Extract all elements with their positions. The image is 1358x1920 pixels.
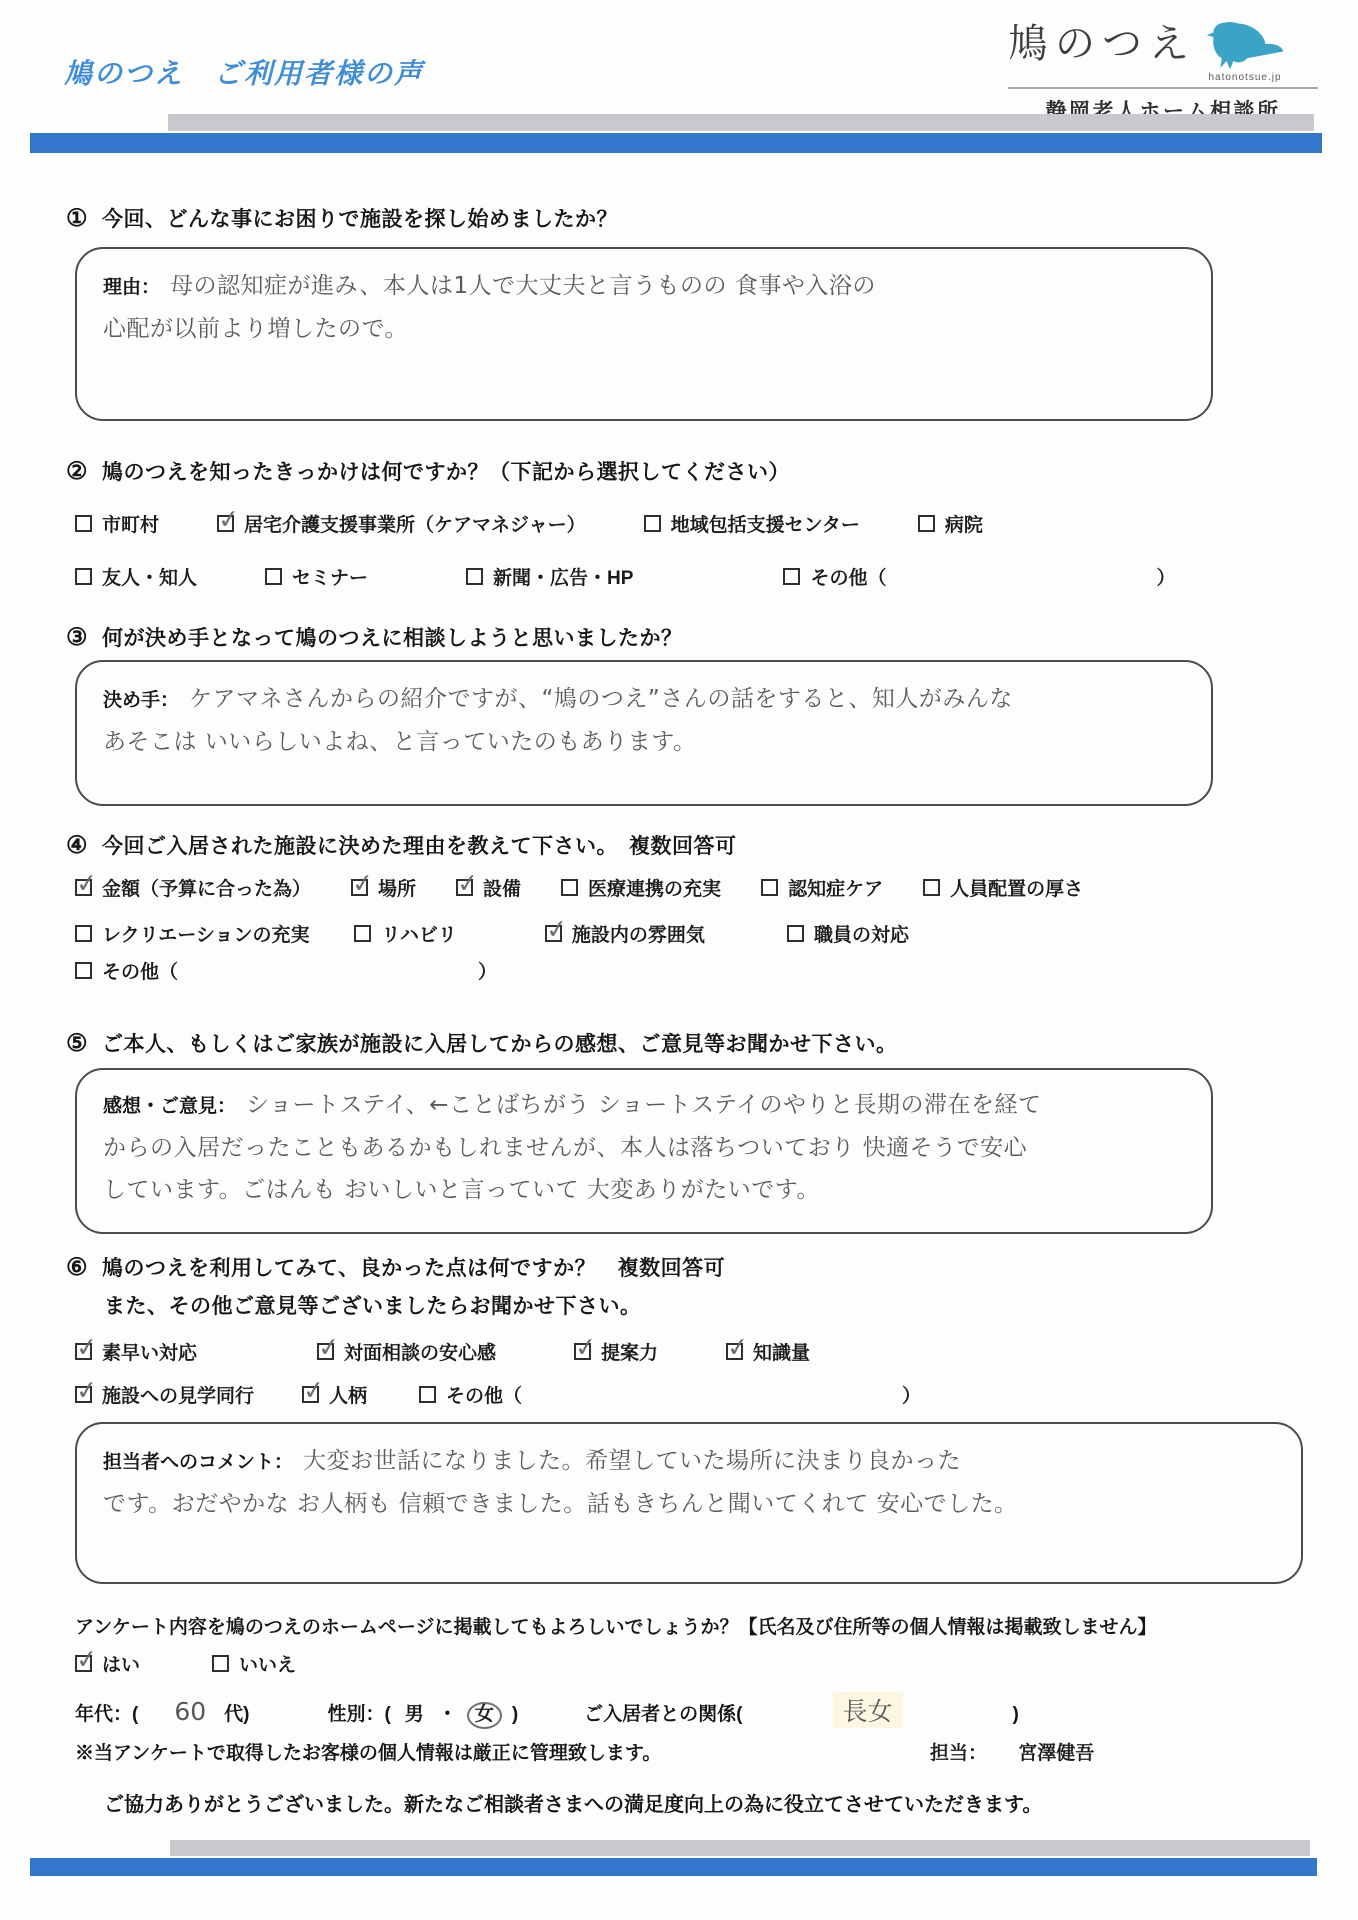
question-3-answer-box: 決め手： ケアマネさんからの紹介ですが、“鳩のつえ”さんの話をすると、知人がみん… [75, 660, 1213, 806]
option-location: 場所 [351, 874, 416, 901]
handwritten-answer-line: からの入居だったこともあるかもしれませんが、本人は落ちついており 快適そうで安心 [103, 1127, 1027, 1170]
question-6-options-row-1: 素早い対応 対面相談の安心感 提案力 知識量 [75, 1338, 810, 1365]
handwritten-comment-line: です。おだやかな お人柄も 信頼できました。話もきちんと聞いてくれて 安心でした… [103, 1483, 1018, 1526]
checkbox[interactable] [783, 568, 800, 585]
header-gray-band [168, 114, 1314, 131]
gender-close: ) [512, 1704, 518, 1726]
checkbox[interactable] [419, 1386, 436, 1403]
thank-you-note: ご協力ありがとうございました。新たなご相談者さまへの満足度向上の為に役立てさせて… [104, 1788, 1042, 1817]
checkbox[interactable] [217, 515, 234, 532]
option-recreation: レクリエーションの充実 [75, 920, 309, 947]
question-5-heading: ⑤ ご本人、もしくはご家族が施設に入居してからの感想、ご意見等お聞かせ下さい。 [66, 1028, 898, 1058]
question-2-title: 鳩のつえを知ったきっかけは何ですか？（下記から選択してください） [102, 456, 790, 486]
checkbox[interactable] [212, 1655, 229, 1672]
question-5-number: ⑤ [66, 1029, 88, 1058]
checkbox[interactable] [75, 515, 92, 532]
handwritten-answer-line: 母の認知症が進み、本人は1人で大丈夫と言うものの 食事や入浴の [170, 265, 876, 308]
option-other: その他（ ） [419, 1381, 921, 1408]
privacy-note: ※当アンケートで取得したお客様の個人情報は厳正に管理致します。 [75, 1738, 661, 1765]
question-2-options-row-2: 友人・知人 セミナー 新聞・広告・HP その他（ ） [75, 563, 1175, 590]
question-6-title-line-2: また、その他ご意見等ございましたらお聞かせ下さい。 [104, 1290, 642, 1320]
brand-logo: 鳩のつえ hatonotsue.jp 静岡老人ホーム相談所 [1008, 22, 1318, 125]
option-hospital: 病院 [918, 510, 983, 537]
question-4-options-row-3: その他（ ） [75, 957, 497, 984]
checkbox[interactable] [302, 1386, 319, 1403]
option-price: 金額（予算に合った為） [75, 874, 311, 901]
option-community-support-center: 地域包括支援センター [644, 510, 860, 537]
question-4-heading: ④ 今回ご入居された施設に決めた理由を教えて下さい。 複数回答可 [66, 830, 737, 860]
option-seminar: セミナー [265, 563, 368, 590]
checkbox[interactable] [726, 1343, 743, 1360]
question-1-answer-box: 理由： 母の認知症が進み、本人は1人で大丈夫と言うものの 食事や入浴の 心配が以… [75, 247, 1213, 421]
checkbox[interactable] [75, 925, 92, 942]
logo-divider [1008, 87, 1318, 89]
checkbox[interactable] [787, 925, 804, 942]
gender-label: 性別：( [327, 1699, 390, 1726]
checkbox[interactable] [918, 515, 935, 532]
question-5-title: ご本人、もしくはご家族が施設に入居してからの感想、ご意見等お聞かせ下さい。 [102, 1028, 898, 1058]
option-staffing-level: 人員配置の厚さ [923, 874, 1083, 901]
question-3-heading: ③ 何が決め手となって鳩のつえに相談しようと思いましたか？ [66, 622, 683, 652]
question-5-answer-box: 感想・ご意見： ショートステイ、←ことばちがう ショートステイのやりと長期の滞在… [75, 1068, 1213, 1234]
demographics-row: 年代：( 60 代) 性別：( 男 ・ 女 ) ご入居者との関係( 長女 ) [75, 1692, 1019, 1729]
option-newspaper-ad-hp: 新聞・広告・HP [466, 563, 633, 590]
option-facility-tour-accompaniment: 施設への見学同行 [75, 1381, 254, 1408]
option-staff-response: 職員の対応 [787, 920, 909, 947]
publish-consent-options: はい いいえ [75, 1650, 296, 1677]
option-medical-cooperation: 医療連携の充実 [561, 874, 721, 901]
question-4-options-row-1: 金額（予算に合った為） 場所 設備 医療連携の充実 認知症ケア 人員配置の厚さ [75, 874, 1083, 901]
handwritten-answer-line: 心配が以前より増したので。 [103, 308, 408, 351]
option-quick-response: 素早い対応 [75, 1338, 197, 1365]
gender-female-circled[interactable]: 女 [467, 1702, 502, 1729]
staff-line: 担当： 宮澤健吾 [930, 1738, 1094, 1765]
question-6-number: ⑥ [66, 1253, 88, 1282]
staff-name: 宮澤健吾 [1018, 1743, 1094, 1764]
handwritten-answer-line: ケアマネさんからの紹介ですが、“鳩のつえ”さんの話をすると、知人がみんな [189, 678, 1013, 721]
impressions-label: 感想・ご意見： [103, 1091, 236, 1118]
option-in-person-reassurance: 対面相談の安心感 [317, 1338, 496, 1365]
question-3-title: 何が決め手となって鳩のつえに相談しようと思いましたか？ [102, 622, 683, 652]
option-rehabilitation: リハビリ [354, 920, 456, 947]
option-other: その他（ ） [75, 957, 497, 984]
checkbox[interactable] [351, 879, 368, 896]
checkbox[interactable] [75, 1655, 92, 1672]
staff-comment-label: 担当者へのコメント： [103, 1447, 293, 1474]
option-other: その他（ ） [783, 563, 1175, 590]
checkbox[interactable] [761, 879, 778, 896]
logo-brand-text: 鳩のつえ [1008, 22, 1196, 66]
staff-label: 担当： [930, 1743, 987, 1764]
pigeon-icon [1204, 18, 1286, 74]
publish-consent-question: アンケート内容を鳩のつえのホームページに掲載してもよろしいでしょうか？【氏名及び… [75, 1612, 1156, 1639]
option-knowledge: 知識量 [726, 1338, 810, 1365]
option-dementia-care: 認知症ケア [761, 874, 883, 901]
checkbox[interactable] [75, 1343, 92, 1360]
header-blue-band [30, 133, 1322, 153]
age-close: 代) [224, 1699, 249, 1726]
question-2-options-row-1: 市町村 居宅介護支援事業所（ケアマネジャー） 地域包括支援センター 病院 [75, 510, 983, 537]
staff-comment-box: 担当者へのコメント： 大変お世話になりました。希望していた場所に決まり良かった … [75, 1422, 1303, 1584]
option-proposal-ability: 提案力 [574, 1338, 658, 1365]
question-2-number: ② [66, 457, 88, 486]
question-1-heading: ① 今回、どんな事にお困りで施設を探し始めましたか？ [66, 203, 618, 233]
checkbox[interactable] [354, 925, 371, 942]
checkbox[interactable] [75, 1386, 92, 1403]
age-value-handwritten: 60 [174, 1697, 206, 1726]
checkbox[interactable] [561, 879, 578, 896]
question-6-title-line-1: 鳩のつえを利用してみて、良かった点は何ですか？ 複数回答可 [102, 1252, 725, 1282]
handwritten-answer-line: あそこは いいらしいよね、と言っていたのもあります。 [103, 721, 696, 764]
handwritten-comment-line: 大変お世話になりました。希望していた場所に決まり良かった [303, 1440, 961, 1483]
option-yes: はい [75, 1650, 140, 1677]
option-friend: 友人・知人 [75, 563, 197, 590]
handwritten-answer-line: ショートステイ、←ことばちがう ショートステイのやりと長期の滞在を経て [246, 1084, 1042, 1127]
handwritten-answer-line: しています。ごはんも おいしいと言っていて 大変ありがたいです。 [103, 1169, 820, 1212]
relation-value-handwritten: 長女 [833, 1692, 903, 1728]
checkbox[interactable] [545, 925, 562, 942]
checkbox[interactable] [574, 1343, 591, 1360]
reason-label: 理由： [103, 272, 160, 299]
question-6-heading: ⑥ 鳩のつえを利用してみて、良かった点は何ですか？ 複数回答可 [66, 1252, 725, 1282]
question-4-options-row-2: レクリエーションの充実 リハビリ 施設内の雰囲気 職員の対応 [75, 920, 909, 947]
checkbox[interactable] [466, 568, 483, 585]
option-atmosphere: 施設内の雰囲気 [545, 920, 705, 947]
question-4-number: ④ [66, 831, 88, 860]
checkbox[interactable] [265, 568, 282, 585]
option-personality: 人柄 [302, 1381, 367, 1408]
option-facilities: 設備 [456, 874, 521, 901]
question-1-title: 今回、どんな事にお困りで施設を探し始めましたか？ [102, 203, 618, 233]
footer-gray-band [170, 1840, 1310, 1856]
question-6-subheading: また、その他ご意見等ございましたらお聞かせ下さい。 [104, 1290, 642, 1320]
gender-male: 男 [405, 1699, 424, 1726]
relation-close: ) [1013, 1704, 1019, 1726]
relation-label: ご入居者との関係( [584, 1699, 742, 1726]
option-care-manager: 居宅介護支援事業所（ケアマネジャー） [217, 510, 586, 537]
checkbox[interactable] [644, 515, 661, 532]
checkbox[interactable] [75, 962, 92, 979]
option-municipality: 市町村 [75, 510, 159, 537]
question-6-options-row-2: 施設への見学同行 人柄 その他（ ） [75, 1381, 921, 1408]
page-title: 鳩のつえ ご利用者様の声 [64, 52, 424, 92]
option-no: いいえ [212, 1650, 296, 1677]
checkbox[interactable] [75, 879, 92, 896]
checkbox[interactable] [317, 1343, 334, 1360]
logo-domain: hatonotsue.jp [1208, 72, 1281, 83]
age-label: 年代：( [75, 1699, 138, 1726]
checkbox[interactable] [456, 879, 473, 896]
checkbox[interactable] [923, 879, 940, 896]
question-3-number: ③ [66, 623, 88, 652]
survey-scan-page: 鳩のつえ ご利用者様の声 鳩のつえ hatonotsue.jp 静岡老人ホーム相… [0, 0, 1358, 1920]
checkbox[interactable] [75, 568, 92, 585]
question-1-number: ① [66, 204, 88, 233]
question-2-heading: ② 鳩のつえを知ったきっかけは何ですか？（下記から選択してください） [66, 456, 790, 486]
deciding-factor-label: 決め手： [103, 685, 179, 712]
gender-dot: ・ [438, 1699, 457, 1726]
footer-blue-band [30, 1858, 1317, 1876]
question-4-title: 今回ご入居された施設に決めた理由を教えて下さい。 複数回答可 [102, 830, 737, 860]
